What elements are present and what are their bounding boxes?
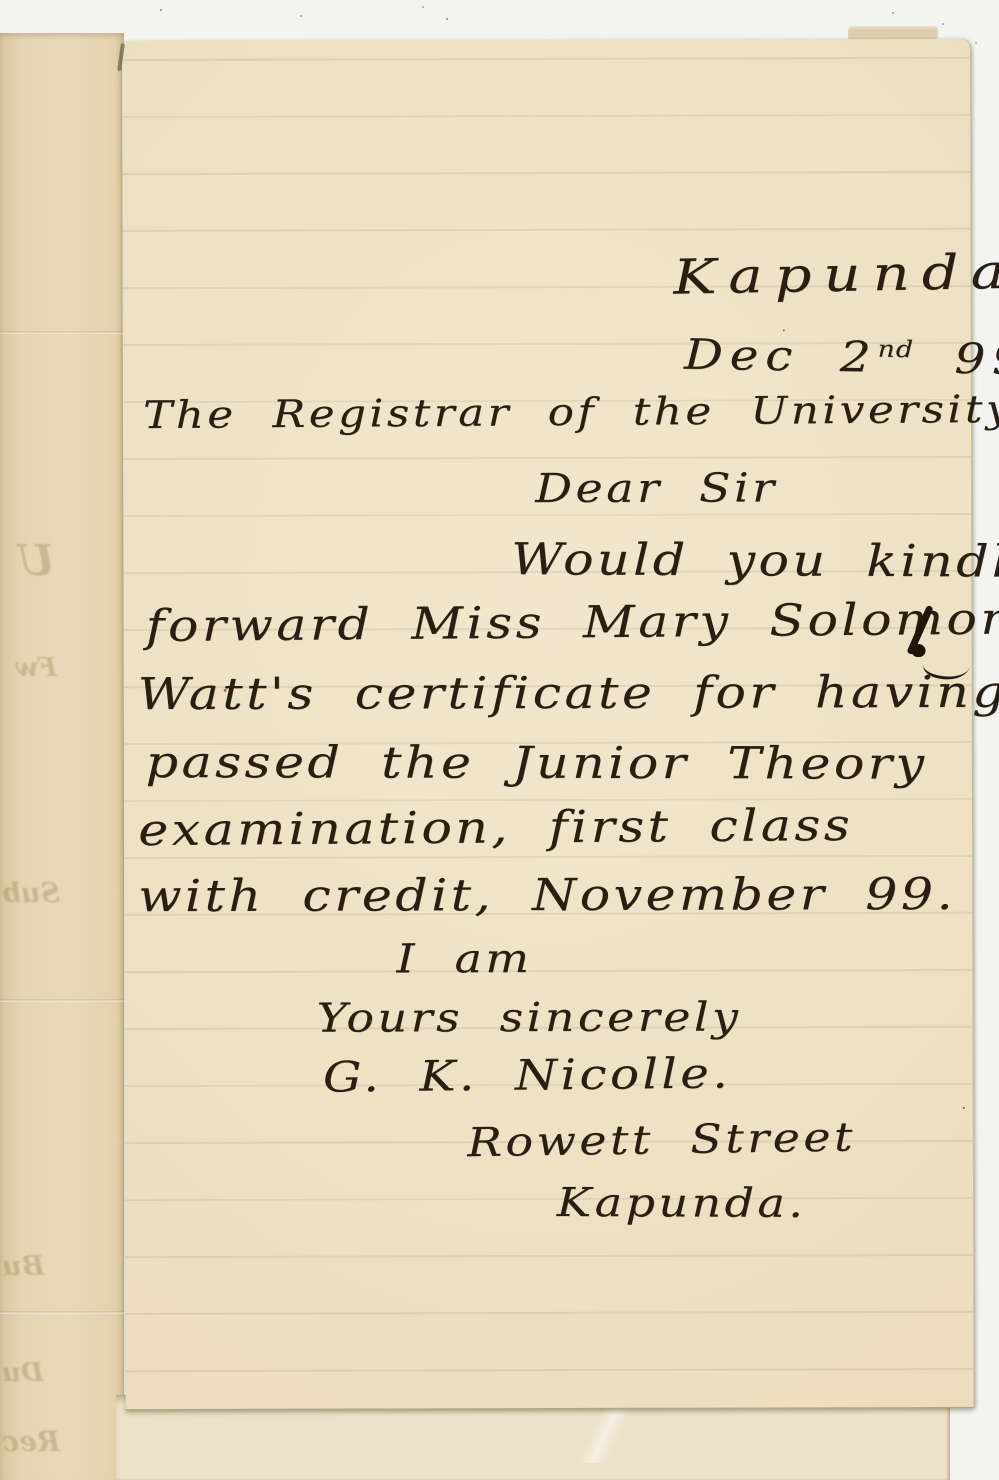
letter-place-heading: Kapunda bbox=[673, 244, 999, 306]
show-through-text: Sub bbox=[2, 878, 60, 909]
paper-speck bbox=[963, 1107, 965, 1109]
letter-closing-line: Yours sincerely bbox=[317, 994, 742, 1041]
scanner-dust bbox=[160, 9, 162, 11]
show-through-text: Du bbox=[2, 1358, 43, 1388]
show-through-text: Bu bbox=[2, 1251, 44, 1282]
paper-crease bbox=[0, 1311, 124, 1314]
letter-signature: G. K. Nicolle. bbox=[323, 1048, 732, 1101]
paper-crease bbox=[0, 331, 124, 334]
letter-recipient: The Registrar of the University bbox=[143, 387, 999, 437]
letter-body-line: with credit, November 99. bbox=[138, 869, 956, 922]
scanned-letter: U Fw Sub Bu Du Rec Kapunda Dec 2nd 99. T… bbox=[0, 0, 999, 1480]
paper-crease bbox=[0, 999, 124, 1002]
letter-date-ordinal: nd bbox=[877, 337, 914, 364]
letter-closing-line: I am bbox=[396, 936, 532, 982]
paper-speck bbox=[783, 329, 785, 331]
page-left-edge: U Fw Sub Bu Du Rec bbox=[0, 33, 124, 1480]
show-through-text: Rec bbox=[2, 1425, 60, 1458]
paper-crease bbox=[496, 1403, 716, 1463]
letter-body-line: Would you kindly bbox=[511, 534, 999, 588]
show-through-text: U bbox=[18, 536, 55, 585]
letter-body-line: passed the Junior Theory bbox=[146, 737, 928, 790]
letter-body-line: examination, first class bbox=[138, 800, 853, 856]
letter-body-line: forward Miss Mary Solomons bbox=[145, 593, 999, 652]
letter-body-line: Watt's certificate for having bbox=[138, 667, 999, 720]
letter-address-line: Rowett Street bbox=[467, 1114, 857, 1166]
letter-salutation: Dear Sir bbox=[535, 465, 777, 512]
paper-speck bbox=[370, 1020, 372, 1022]
letter-page: Kapunda Dec 2nd 99. The Registrar of the… bbox=[122, 39, 975, 1410]
ink-blot bbox=[912, 644, 926, 657]
letter-date-day: Dec 2 bbox=[684, 330, 878, 382]
letter-date-year: 99. bbox=[913, 333, 999, 384]
letter-address-line: Kapunda. bbox=[557, 1180, 807, 1227]
show-through-text: Fw bbox=[16, 653, 57, 683]
letter-date: Dec 2nd 99. bbox=[684, 330, 999, 385]
paper-speck bbox=[224, 689, 227, 692]
